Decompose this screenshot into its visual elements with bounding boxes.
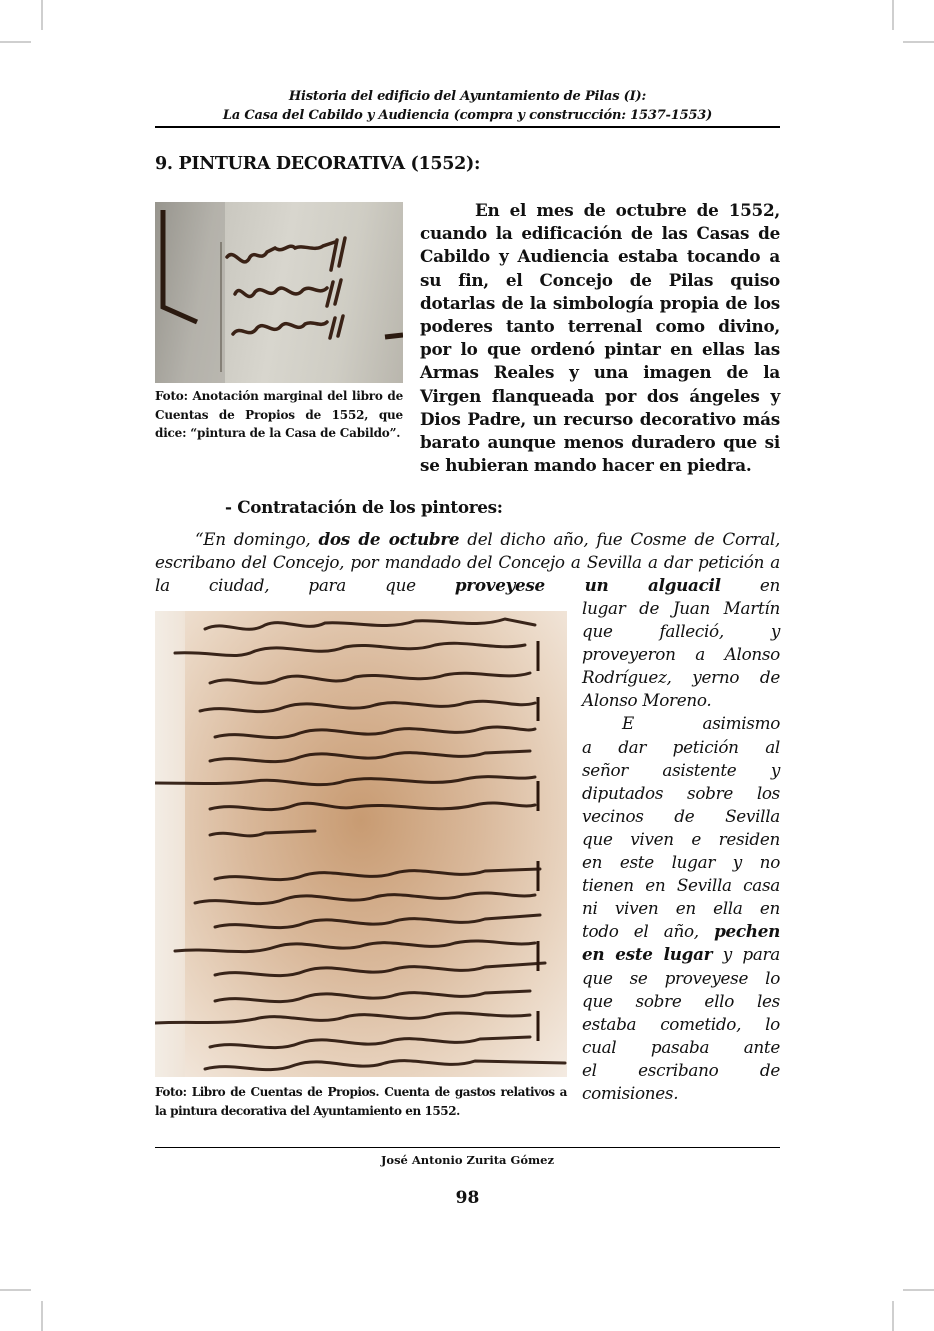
crop-mark: [903, 1289, 934, 1291]
quote-emphasis: en este lugar: [582, 944, 712, 964]
footer-author: José Antonio Zurita Gómez: [155, 1153, 780, 1167]
quote-line: que sobre ello les: [582, 990, 780, 1013]
quote-side-column: lugar de Juan Martín que falleció, y pro…: [582, 597, 780, 1105]
quote-line: señor asistente y: [582, 759, 780, 782]
quote-text: en: [721, 575, 780, 595]
crop-mark: [41, 0, 43, 30]
quote-line-text: y para: [712, 944, 780, 964]
quote-line: todo el año, pechen: [582, 920, 780, 943]
quote-full-width: “En domingo, dos de octubre del dicho añ…: [155, 528, 780, 598]
footer-rule: [155, 1147, 780, 1148]
crop-mark: [0, 41, 31, 43]
section-title: 9. PINTURA DECORATIVA (1552):: [155, 154, 480, 174]
quote-line: ni viven en ella en: [582, 897, 780, 920]
body-paragraph: En el mes de octubre de 1552, cuando la …: [420, 199, 780, 477]
quote-line: cual pasaba ante: [582, 1036, 780, 1059]
quote-line: tienen en Sevilla casa: [582, 874, 780, 897]
subheading: - Contratación de los pintores:: [225, 497, 503, 517]
quote-line: estaba cometido, lo: [582, 1013, 780, 1036]
header-rule: [155, 126, 780, 128]
quote-line-text: todo el año,: [582, 921, 714, 941]
figure2-caption: Foto: Libro de Cuentas de Propios. Cuent…: [155, 1083, 567, 1121]
marginal-note-photo: [155, 202, 403, 383]
manuscript-annotation-image: [155, 202, 403, 383]
paragraph-text: En el mes de octubre de 1552, cuando la …: [420, 200, 780, 475]
crop-mark: [892, 1301, 894, 1331]
crop-mark: [0, 1289, 31, 1291]
quote-line-text: E asimismo: [622, 713, 780, 733]
page-number: 98: [155, 1188, 780, 1208]
quote-line: el escribano de: [582, 1059, 780, 1082]
crop-mark: [892, 0, 894, 30]
running-head-line2: La Casa del Cabildo y Audiencia (compra …: [155, 106, 780, 125]
quote-emphasis: proveyese un alguacil: [455, 575, 721, 595]
running-head: Historia del edificio del Ayuntamiento d…: [155, 87, 780, 125]
quote-line: que se proveyese lo: [582, 967, 780, 990]
quote-line: vecinos de Sevilla: [582, 805, 780, 828]
quote-line: Alonso Moreno.: [582, 689, 780, 712]
quote-line: en este lugar y para: [582, 943, 780, 966]
quote-line: E asimismo: [582, 712, 780, 735]
crop-mark: [41, 1301, 43, 1331]
manuscript-page-image: [155, 611, 567, 1077]
quote-line: proveyeron a Alonso: [582, 643, 780, 666]
running-head-line1: Historia del edificio del Ayuntamiento d…: [155, 87, 780, 106]
account-book-photo: [155, 611, 567, 1077]
quote-line: que falleció, y: [582, 620, 780, 643]
quote-line: comisiones.: [582, 1082, 780, 1105]
figure1-caption: Foto: Anotación marginal del libro de Cu…: [155, 387, 403, 443]
quote-line: Rodríguez, yerno de: [582, 666, 780, 689]
quote-line: lugar de Juan Martín: [582, 597, 780, 620]
quote-line: diputados sobre los: [582, 782, 780, 805]
quote-line: que viven e residen: [582, 828, 780, 851]
quote-emphasis: pechen: [714, 921, 780, 941]
quote-line: en este lugar y no: [582, 851, 780, 874]
quote-emphasis: dos de octubre: [318, 529, 459, 549]
crop-mark: [903, 41, 934, 43]
quote-text: “En domingo,: [195, 529, 318, 549]
quote-line: a dar petición al: [582, 736, 780, 759]
